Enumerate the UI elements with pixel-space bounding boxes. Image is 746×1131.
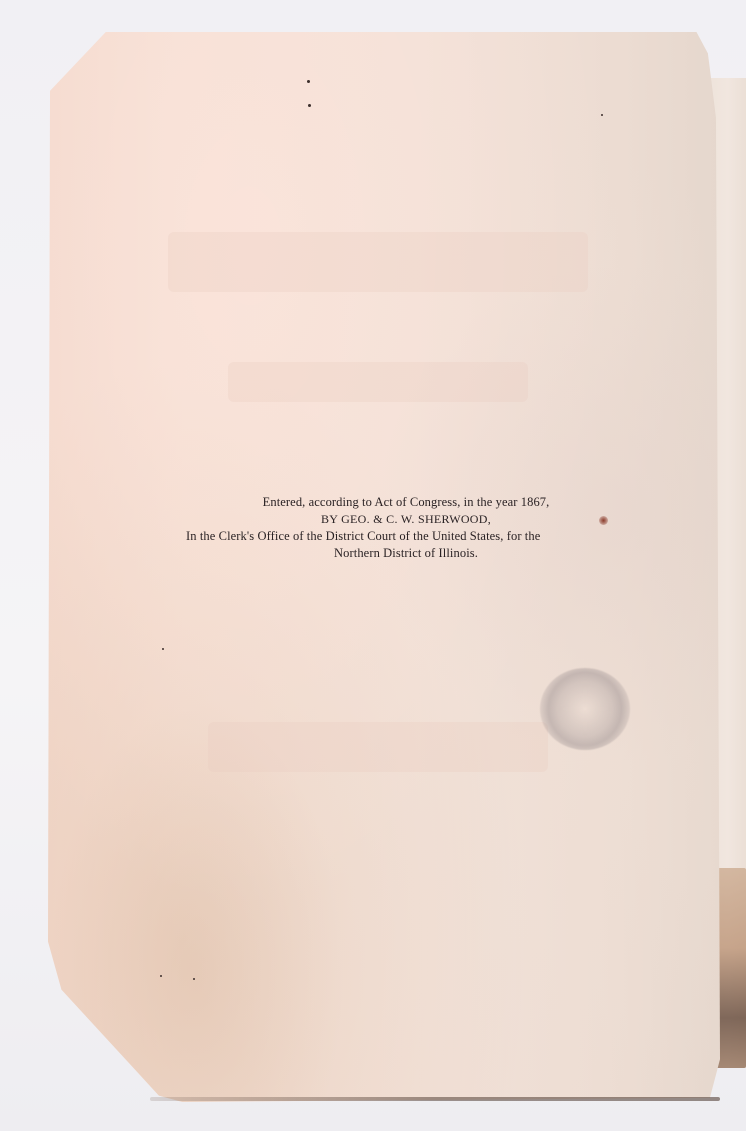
book-page xyxy=(48,32,720,1102)
copyright-notice: Entered, according to Act of Congress, i… xyxy=(186,494,626,562)
copyright-line-entered: Entered, according to Act of Congress, i… xyxy=(186,494,626,511)
copyright-line-publisher: BY GEO. & C. W. SHERWOOD, xyxy=(186,511,626,528)
foxing-spot xyxy=(599,516,608,525)
ink-speck xyxy=(162,648,164,650)
photo-scene: Entered, according to Act of Congress, i… xyxy=(0,0,746,1131)
ink-speck xyxy=(307,80,310,83)
page-bottom-edge xyxy=(150,1097,720,1101)
library-stamp xyxy=(540,668,630,750)
copyright-line-district: Northern District of Illinois. xyxy=(186,545,626,562)
ink-speck xyxy=(160,975,162,977)
show-through-print xyxy=(208,722,548,772)
ink-speck xyxy=(308,104,311,107)
ink-speck xyxy=(193,978,195,980)
copyright-line-clerk-office: In the Clerk's Office of the District Co… xyxy=(186,528,626,545)
show-through-print xyxy=(168,232,588,292)
ink-speck xyxy=(601,114,603,116)
show-through-print xyxy=(228,362,528,402)
